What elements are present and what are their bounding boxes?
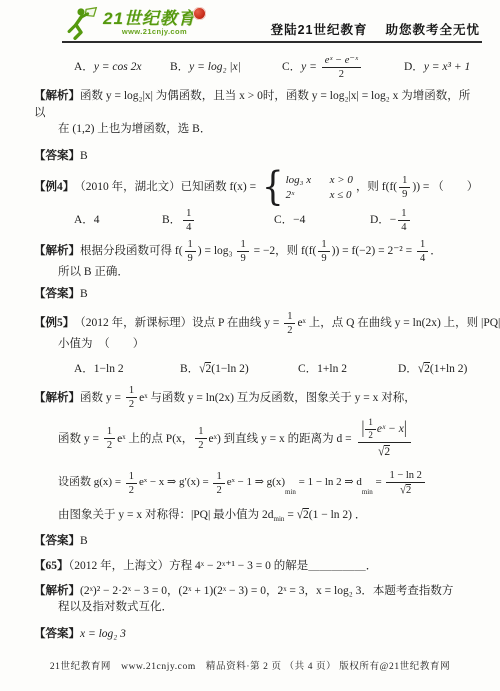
example5-stem-piece: （2012 年，新课标理）设点 P 在曲线 y = xyxy=(74,315,282,332)
logo-brand-text: 21世纪教育 xyxy=(103,10,196,27)
fraction-numerator: eˣ − e⁻ˣ xyxy=(322,55,361,68)
case-condition: x > 0 xyxy=(330,174,353,186)
example5-analysis-line1: 【解析】函数 y = 12 eˣ 与函数 y = ln(2x) 互为反函数，图象… xyxy=(34,385,478,410)
fraction-denominator: 4 xyxy=(183,221,194,233)
option-d: D．√2(1+ln 2) xyxy=(398,361,478,378)
distance-formula-line: 函数 y = 12 eˣ 上的点 P(x， 12 eˣ) 到直线 y = x 的… xyxy=(34,418,478,459)
radical-sign: √ xyxy=(378,445,384,460)
option-a-label: A． xyxy=(74,59,94,76)
fraction: 14 xyxy=(183,208,194,233)
fraction: 19 xyxy=(237,239,248,264)
answer-value: B xyxy=(80,150,88,162)
answer-tag: 【答案】 xyxy=(34,288,80,300)
option-d-label: D． xyxy=(404,59,424,76)
answer-line: 【答案】B xyxy=(34,286,478,303)
logo-text-block: 21世纪教育 www.21cnjy.com xyxy=(103,10,206,36)
piecewise-function: { log₃ xx > 0 2ˣx ≤ 0 xyxy=(262,173,353,202)
sqrt-expression: √2 xyxy=(418,361,430,378)
example5-stem-line2: 小值为 （ ） xyxy=(34,336,478,353)
radicand: 2 xyxy=(406,484,411,497)
radical-sign: √ xyxy=(199,359,205,378)
piecewise-cases: log₃ xx > 0 2ˣx ≤ 0 xyxy=(286,174,353,201)
example4-stem-suffix: )) = （ ） xyxy=(412,179,478,196)
fraction-denominator: 9 xyxy=(185,252,196,264)
answer-tag: 【答案】 xyxy=(34,535,80,547)
case-expression: 2ˣ xyxy=(286,189,330,201)
fraction-denominator: 9 xyxy=(399,188,410,200)
fraction-denominator: 2 xyxy=(126,484,137,496)
site-logo: 21世纪教育 www.21cnjy.com xyxy=(62,6,206,40)
analysis-text-line1: 函数 y = log₂|x| 为偶函数，且当 x > 0时，函数 y = log… xyxy=(34,90,470,119)
fraction-denominator: 2 xyxy=(365,430,376,440)
analysis-text-line2: 在 (1,2) 上也为增函数，选 B． xyxy=(34,121,478,138)
analysis-piece: )) = f(−2) = 2⁻² = xyxy=(332,243,415,260)
radicand: 2 xyxy=(384,445,390,459)
display-fraction: | 12 eˣ − x | √2 xyxy=(358,418,411,459)
abs-bar: | xyxy=(362,419,365,439)
analysis-piece: = xyxy=(373,475,385,491)
min-subscript: min xyxy=(362,487,373,497)
fraction: 12 xyxy=(213,471,224,496)
fraction: 14 xyxy=(417,239,428,264)
fraction-numerator: 1 xyxy=(213,471,224,484)
example4-stem: 【例4】（2010 年，湖北文）已知函数 f(x) = { log₃ xx > … xyxy=(34,173,478,202)
question65-tag: 【65】 xyxy=(34,560,69,572)
fraction-numerator: 1 xyxy=(126,385,137,398)
analysis-tag: 【解析】 xyxy=(34,585,80,597)
display-fraction-denominator: √2 xyxy=(378,443,390,459)
answer-line: 【答案】x = log₂ 3 xyxy=(34,626,478,643)
min-subscript: min xyxy=(274,514,285,524)
option-a-label: A．1−ln 2 xyxy=(74,361,124,378)
option-b: B．14 xyxy=(162,208,274,233)
question65-text: （2012 年，上海文）方程 4ˣ − 2ˣ⁺¹ − 3 = 0 的解是＿＿＿＿… xyxy=(69,560,378,572)
analysis-tag: 【解析】 xyxy=(34,90,80,102)
analysis-piece: 函数 y = xyxy=(80,390,124,407)
header-tagline: 登陆21世纪教育 助您教考全无忧 xyxy=(271,21,480,40)
analysis-piece: eˣ 上的点 P(x， xyxy=(117,431,193,448)
example4-analysis: 【解析】根据分段函数可得 f( 19 ) = log₃ 19 = −2，则 f(… xyxy=(34,239,478,264)
radical-sign: √ xyxy=(418,359,424,378)
fraction: 12 xyxy=(365,418,376,440)
sqrt-expression: √2 xyxy=(378,445,390,459)
case-condition: x ≤ 0 xyxy=(330,189,352,201)
fraction-denominator: 2 xyxy=(104,439,115,451)
fraction-numerator: 1 xyxy=(183,208,194,221)
option-b-formula: y = log₂ |x| xyxy=(189,59,241,76)
fraction-denominator: 9 xyxy=(237,252,248,264)
document-page: 21世纪教育 www.21cnjy.com 登陆21世纪教育 助您教考全无忧 A… xyxy=(0,0,500,691)
fraction-denominator: 2 xyxy=(126,398,137,410)
analysis-piece: ． xyxy=(430,243,442,260)
analysis-piece: (1 − ln 2) ． xyxy=(309,507,367,524)
example4-stem-mid: ，则 f(f( xyxy=(356,179,397,196)
fraction: eˣ − e⁻ˣ2 xyxy=(322,55,361,80)
analysis-tag: 【解析】 xyxy=(34,390,80,407)
option-c: C．y = eˣ − e⁻ˣ2 xyxy=(282,55,404,80)
sqrt-expression: √2 xyxy=(199,361,211,378)
option-c: C．1+ln 2 xyxy=(298,361,398,378)
analysis-piece: 由图象关于 y = x 对称得：|PQ| 最小值为 2d xyxy=(58,507,274,524)
analysis-piece: 根据分段函数可得 f( xyxy=(80,243,183,260)
answer-tag: 【答案】 xyxy=(34,150,80,162)
question3-options: A．y = cos 2x B．y = log₂ |x| C．y = eˣ − e… xyxy=(74,55,478,80)
fraction: 14 xyxy=(398,208,409,233)
answer-value: x = log₂ 3 xyxy=(80,628,126,640)
fraction-numerator: 1 xyxy=(185,239,196,252)
numerator-expression: eˣ − x xyxy=(377,423,404,436)
display-fraction-numerator: | 12 eˣ − x | xyxy=(358,418,411,443)
fraction-denominator: 2 xyxy=(284,324,295,336)
option-c-label: C．1+ln 2 xyxy=(298,361,347,378)
option-b: B．√2(1−ln 2) xyxy=(180,361,298,378)
fraction: 19 xyxy=(318,239,329,264)
fraction-denominator: 2 xyxy=(195,439,206,451)
piecewise-case-1: log₃ xx > 0 xyxy=(286,174,353,186)
example5-options: A．1−ln 2 B．√2(1−ln 2) C．1+ln 2 D．√2(1+ln… xyxy=(74,361,478,378)
answer-line: 【答案】B xyxy=(34,533,478,550)
page-footer: 21世纪教育网 www.21cnjy.com 精品资料·第 2 页 （共 4 页… xyxy=(0,661,500,675)
analysis-piece: ) = log₃ xyxy=(198,243,236,260)
example5-stem-piece: eˣ 上，点 Q 在曲线 y = ln(2x) 上，则 |PQ| 最 xyxy=(297,315,500,332)
abs-bar: | xyxy=(404,419,407,439)
option-d: D．−14 xyxy=(370,208,478,233)
fraction-numerator: 1 − ln 2 xyxy=(386,470,424,483)
answer-value: B xyxy=(80,288,88,300)
fraction: 12 xyxy=(126,385,137,410)
analysis-text-line2: 所以 B 正确． xyxy=(34,264,478,281)
fraction-denominator: √2 xyxy=(397,483,414,497)
option-b-label: B． xyxy=(180,361,199,378)
fraction: 1 − ln 2√2 xyxy=(386,470,424,497)
analysis-piece: eˣ) 到直线 y = x 的距离为 d = xyxy=(209,431,355,448)
fraction: 12 xyxy=(195,426,206,451)
analysis-piece: 设函数 g(x) = xyxy=(58,475,124,491)
answer-tag: 【答案】 xyxy=(34,628,80,640)
answer-line: 【答案】B xyxy=(34,148,478,165)
derivation-line: 设函数 g(x) = 12 eˣ − x ⇒ g′(x) = 12 eˣ − 1… xyxy=(34,470,478,497)
option-b: B．y = log₂ |x| xyxy=(170,59,282,76)
fraction: 19 xyxy=(185,239,196,264)
fraction-numerator: 1 xyxy=(399,175,410,188)
option-b-label: B． xyxy=(170,59,189,76)
fraction: 19 xyxy=(399,175,410,200)
fraction-numerator: 1 xyxy=(318,239,329,252)
analysis-piece: eˣ − 1 ⇒ g(x) xyxy=(227,475,285,491)
conclusion-line: 由图象关于 y = x 对称得：|PQ| 最小值为 2dmin = √2 (1 … xyxy=(34,507,478,524)
page-header: 21世纪教育 www.21cnjy.com 登陆21世纪教育 助您教考全无忧 xyxy=(0,0,500,40)
fraction-denominator: 2 xyxy=(213,484,224,496)
example4-options: A．4 B．14 C．−4 D．−14 xyxy=(74,208,478,233)
analysis-text-line1: (2ˣ)² − 2·2ˣ − 3 = 0，(2ˣ + 1)(2ˣ − 3) = … xyxy=(80,585,453,597)
option-b-rest: (1−ln 2) xyxy=(211,361,248,378)
analysis-text-line2: 程以及指对数式互化． xyxy=(34,599,478,616)
fraction-numerator: 1 xyxy=(237,239,248,252)
option-d-label: D．− xyxy=(370,212,396,229)
fraction-numerator: 1 xyxy=(398,208,409,221)
fraction-denominator: 4 xyxy=(398,221,409,233)
option-a: A．1−ln 2 xyxy=(74,361,180,378)
radical-sign: √ xyxy=(400,484,406,497)
fraction: 12 xyxy=(126,471,137,496)
analysis-tag: 【解析】 xyxy=(34,243,80,260)
case-expression: log₃ x xyxy=(286,174,330,186)
logo-flower-icon xyxy=(193,7,206,20)
logo-url-text: www.21cnjy.com xyxy=(122,28,187,36)
analysis-piece: = xyxy=(284,507,296,524)
min-subscript: min xyxy=(285,487,296,497)
fraction-denominator: 9 xyxy=(318,252,329,264)
example4-tag: 【例4】 xyxy=(34,179,74,196)
fraction-numerator: 1 xyxy=(104,426,115,439)
fraction: 12 xyxy=(104,426,115,451)
option-c-label: C．−4 xyxy=(274,212,305,229)
option-a: A．y = cos 2x xyxy=(74,59,170,76)
fraction: 12 xyxy=(284,311,295,336)
example5-stem: 【例5】（2012 年，新课标理）设点 P 在曲线 y = 12 eˣ 上，点 … xyxy=(34,311,478,336)
footer-text: 21世纪教育网 www.21cnjy.com 精品资料·第 2 页 （共 4 页… xyxy=(50,662,450,672)
fraction-numerator: 1 xyxy=(284,311,295,324)
example4-stem-prefix: （2010 年，湖北文）已知函数 f(x) = xyxy=(74,179,259,196)
fraction-numerator: 1 xyxy=(126,471,137,484)
document-body: A．y = cos 2x B．y = log₂ |x| C．y = eˣ − e… xyxy=(0,43,500,643)
question65-stem: 【65】（2012 年，上海文）方程 4ˣ − 2ˣ⁺¹ − 3 = 0 的解是… xyxy=(34,558,478,575)
sqrt-expression: √2 xyxy=(400,484,411,497)
brace-symbol: { xyxy=(262,171,284,204)
analysis-piece: = 1 − ln 2 ⇒ d xyxy=(296,475,362,491)
option-a: A．4 xyxy=(74,212,162,229)
option-a-formula: y = cos 2x xyxy=(94,59,142,76)
sqrt-expression: √2 xyxy=(297,507,309,524)
question65-analysis: 【解析】(2ˣ)² − 2·2ˣ − 3 = 0，(2ˣ + 1)(2ˣ − 3… xyxy=(34,583,478,600)
option-a-label: A．4 xyxy=(74,212,100,229)
option-d-rest: (1+ln 2) xyxy=(430,361,467,378)
fraction-numerator: 1 xyxy=(417,239,428,252)
fraction-denominator: 2 xyxy=(336,68,347,80)
option-b-label: B． xyxy=(162,212,181,229)
analysis-paragraph: 【解析】函数 y = log₂|x| 为偶函数，且当 x > 0时，函数 y =… xyxy=(34,88,478,121)
analysis-piece: = −2，则 f(f( xyxy=(251,243,317,260)
piecewise-case-2: 2ˣx ≤ 0 xyxy=(286,189,353,201)
answer-value: B xyxy=(80,535,88,547)
example5-tag: 【例5】 xyxy=(34,315,74,332)
fraction-numerator: 1 xyxy=(365,418,376,429)
runner-icon xyxy=(62,6,100,40)
fraction-denominator: 4 xyxy=(417,252,428,264)
option-c-prefix: y = xyxy=(301,59,320,76)
option-d-formula: y = x³ + 1 xyxy=(424,59,470,76)
option-c: C．−4 xyxy=(274,212,370,229)
option-c-label: C． xyxy=(282,59,301,76)
analysis-piece: eˣ − x ⇒ g′(x) = xyxy=(139,475,211,491)
radical-sign: √ xyxy=(297,505,303,524)
option-d-label: D． xyxy=(398,361,418,378)
fraction-numerator: 1 xyxy=(195,426,206,439)
analysis-piece: 函数 y = xyxy=(58,431,102,448)
option-d: D．y = x³ + 1 xyxy=(404,59,478,76)
analysis-piece: eˣ 与函数 y = ln(2x) 互为反函数，图象关于 y = x 对称， xyxy=(139,390,416,407)
